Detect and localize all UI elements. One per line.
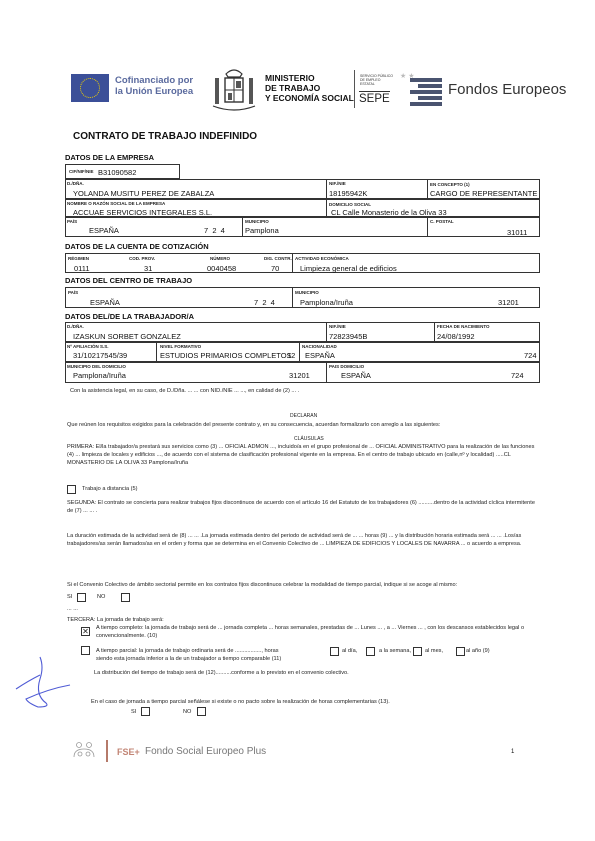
a-la-semana-checkbox[interactable]	[366, 647, 375, 656]
complementarias-text: En el caso de jornada a tiempo parcial s…	[91, 699, 390, 707]
convenio-si-label: SI	[67, 594, 72, 602]
fondos-europeos-text: Fondos Europeos	[448, 81, 566, 98]
section-cotizacion: DATOS DE LA CUENTA DE COTIZACIÓN	[65, 242, 209, 251]
domicilio-municipio-label: MUNICIPIO DEL DOMICILIO	[67, 364, 126, 369]
nif-label: NIF./NIE	[329, 181, 346, 186]
cpostal-value: 31011	[507, 228, 527, 237]
a-la-semana-label: a la semana,	[379, 648, 411, 656]
trab-nif-value: 72823945B	[329, 332, 367, 341]
al-anio-checkbox[interactable]	[456, 647, 465, 656]
divider	[434, 322, 435, 342]
eu-cofinanced-text: Cofinanciado por la Unión Europea	[115, 75, 193, 97]
regimen-value: 0111	[74, 264, 90, 273]
divider	[292, 254, 293, 272]
centro-pais-label: PAÍS	[68, 290, 78, 295]
fecha-value: 24/08/1992	[437, 332, 475, 341]
centro-cp-value: 31201	[498, 298, 519, 307]
centro-municipio-label: MUNICIPIO	[295, 290, 319, 295]
fse-plus-brand: FSE+	[117, 747, 140, 757]
domicilio-value: CL Calle Monasterio de la Oliva 33	[331, 208, 447, 217]
empresa-row-3	[65, 217, 540, 237]
numero-label: NÚMERO	[210, 256, 230, 261]
sepe-subtitle: SERVICIO PÚBLICO DE EMPLEO ESTATAL	[360, 74, 394, 86]
distribucion-text: La distribución del tiempo de trabajo se…	[94, 670, 349, 678]
declaran-heading: DECLARAN	[290, 413, 317, 421]
afiliacion-value: 31/10217545/39	[73, 351, 127, 360]
nivel-label: NIVEL FORMATIVO	[160, 344, 201, 349]
pais-domicilio-value: ESPAÑA	[341, 371, 371, 380]
centro-table: PAÍS ESPAÑA 7 2 4 MUNICIPIO Pamplona/Iru…	[65, 287, 540, 308]
codprov-label: COD. PROV.	[129, 256, 155, 261]
section-trabajador: DATOS DEL/DE LA TRABAJADOR/A	[65, 312, 194, 321]
nif-value: 18195942K	[329, 189, 367, 198]
spain-coat-of-arms-icon	[211, 66, 257, 114]
declaran-text: Que reúnen los requisitos exigidos para …	[67, 422, 440, 430]
dots-text: ... ...	[67, 606, 78, 614]
eu-flag-logo	[71, 74, 109, 102]
tercera-clause: TERCERA: La jornada de trabajo será:	[67, 617, 164, 625]
actividad-label: ACTIVIDAD ECONÓMICA	[295, 256, 349, 261]
clausulas-heading: CLÁUSULAS	[294, 436, 324, 444]
sepe-logo-text: SEPE	[359, 91, 390, 105]
complementarias-no-checkbox[interactable]	[197, 707, 206, 716]
ministry-line-3: Y ECONOMÍA SOCIAL	[265, 93, 354, 103]
section-empresa: DATOS DE LA EMPRESA	[65, 153, 154, 162]
numero-value: 0040458	[207, 264, 236, 273]
pais-domicilio-label: PAIS DOMICILIO	[329, 364, 364, 369]
al-dia-checkbox[interactable]	[330, 647, 339, 656]
nivel-value: ESTUDIOS PRIMARIOS COMPLETOS	[160, 351, 292, 360]
ministry-line-1: MINISTERIO	[265, 73, 354, 83]
nacionalidad-value: ESPAÑA	[305, 351, 335, 360]
dona-value: YOLANDA MUSITU PEREZ DE ZABALZA	[73, 189, 214, 198]
trab-dona-value: IZASKUN SORBET GONZALEZ	[73, 332, 181, 341]
signature-mark	[10, 655, 75, 715]
pais-label: PAÍS	[67, 219, 77, 224]
nivel-code: 12	[287, 351, 295, 360]
dig-label: DIG. CONTR.	[264, 256, 292, 261]
tiempo-parcial-checkbox[interactable]	[81, 646, 90, 655]
ministry-text: MINISTERIO DE TRABAJO Y ECONOMÍA SOCIAL	[265, 73, 354, 103]
divider	[326, 179, 327, 199]
convenio-question: Si el Convenio Colectivo de ámbito secto…	[67, 582, 457, 590]
tiempo-parcial-text-2: siendo esta jornada inferior a la de un …	[96, 656, 281, 664]
asistencia-text: Con la asistencia legal, en su caso, de …	[70, 388, 299, 396]
section-centro: DATOS DEL CENTRO DE TRABAJO	[65, 276, 192, 285]
convenio-si-checkbox[interactable]	[77, 593, 86, 602]
domicilio-cp-value: 31201	[289, 371, 310, 380]
pais-domicilio-code: 724	[511, 371, 524, 380]
al-anio-label: al año (9)	[466, 648, 490, 656]
centro-pais-code: 7 2 4	[254, 298, 275, 307]
pais-code: 7 2 4	[204, 226, 225, 235]
nacionalidad-label: NACIONALIDAD	[302, 344, 337, 349]
cotizacion-table: RÉGIMEN 0111 COD. PROV. 31 NÚMERO 004045…	[65, 253, 540, 273]
ministry-line-2: DE TRABAJO	[265, 83, 354, 93]
domicilio-label: DOMICILIO SOCIAL	[329, 202, 371, 207]
regimen-label: RÉGIMEN	[68, 256, 89, 261]
complementarias-si-label: SI	[131, 709, 136, 717]
cif-field: CIF/NIF/NIE B31090582	[65, 164, 180, 179]
trab-nif-label: NIF./NIE	[329, 324, 346, 329]
divider	[326, 322, 327, 342]
centro-municipio-value: Pamplona/Iruña	[300, 298, 353, 307]
eu-line-2: la Unión Europea	[115, 86, 193, 97]
centro-pais-value: ESPAÑA	[90, 298, 120, 307]
divider	[326, 199, 327, 217]
fecha-label: FECHA DE NACIMIENTO	[437, 324, 490, 329]
divider	[299, 342, 300, 362]
dona-label: D./DÑA.	[67, 181, 84, 186]
trabajo-distancia-checkbox[interactable]	[67, 485, 76, 494]
complementarias-si-checkbox[interactable]	[141, 707, 150, 716]
pais-value: ESPAÑA	[89, 226, 119, 235]
concepto-value: CARGO DE REPRESENTANTE	[430, 189, 538, 198]
document-title: CONTRATO DE TRABAJO INDEFINIDO	[73, 131, 257, 142]
tiempo-parcial-text: A tiempo parcial: la jornada de trabajo …	[96, 648, 279, 656]
al-mes-label: al mes,	[425, 648, 443, 656]
codprov-value: 31	[144, 264, 152, 273]
page-number: 1	[511, 749, 514, 755]
fse-text: Fondo Social Europeo Plus	[145, 746, 266, 757]
trab-dona-label: D./DÑA.	[67, 324, 84, 329]
header-divider	[354, 70, 355, 108]
cif-value: B31090582	[98, 168, 136, 177]
convenio-no-checkbox[interactable]	[121, 593, 130, 602]
eu-line-1: Cofinanciado por	[115, 75, 193, 86]
nacionalidad-code: 724	[524, 351, 537, 360]
afiliacion-label: Nº AFILIACIÓN S.S.	[67, 344, 108, 349]
complementarias-no-label: NO	[183, 709, 191, 717]
tiempo-completo-text: A tiempo completo: la jornada de trabajo…	[96, 625, 536, 641]
razon-value: ACCUAE SERVICIOS INTEGRALES S.L.	[73, 208, 212, 217]
trabajador-table: D./DÑA. IZASKUN SORBET GONZALEZ NIF./NIE…	[65, 322, 540, 383]
divider	[427, 217, 428, 237]
segunda-clause: SEGUNDA: El contrato se concierta para r…	[67, 500, 539, 516]
divider	[156, 342, 157, 362]
convenio-no-label: NO	[97, 594, 105, 602]
cpostal-label: C. POSTAL	[430, 219, 454, 224]
primera-clause: PRIMERA: El/la trabajador/a prestará sus…	[67, 444, 539, 467]
fse-people-icon	[73, 741, 95, 761]
municipio-label: MUNICIPIO	[245, 219, 269, 224]
duracion-text: La duración estimada de la actividad ser…	[67, 533, 539, 549]
divider	[326, 362, 327, 383]
razon-label: NOMBRE O RAZÓN SOCIAL DE LA EMPRESA	[67, 201, 165, 206]
footer-divider	[106, 740, 108, 762]
domicilio-municipio-value: Pamplona/Iruña	[73, 371, 126, 380]
dig-value: 70	[271, 264, 279, 273]
divider	[427, 179, 428, 199]
eu-stars-icon	[80, 78, 100, 98]
cif-label: CIF/NIF/NIE	[69, 169, 94, 174]
divider	[242, 217, 243, 237]
concepto-label: EN CONCEPTO (1)	[430, 182, 470, 187]
al-mes-checkbox[interactable]	[413, 647, 422, 656]
trabajo-distancia-label: Trabajo a distancia (5)	[82, 486, 137, 494]
actividad-value: Limpieza general de edificios	[300, 264, 397, 273]
divider	[292, 288, 293, 307]
fondos-europeos-icon	[410, 78, 442, 106]
municipio-value: Pamplona	[245, 226, 279, 235]
tiempo-completo-checkbox[interactable]: ✕	[81, 627, 90, 636]
al-dia-label: al día,	[342, 648, 357, 656]
